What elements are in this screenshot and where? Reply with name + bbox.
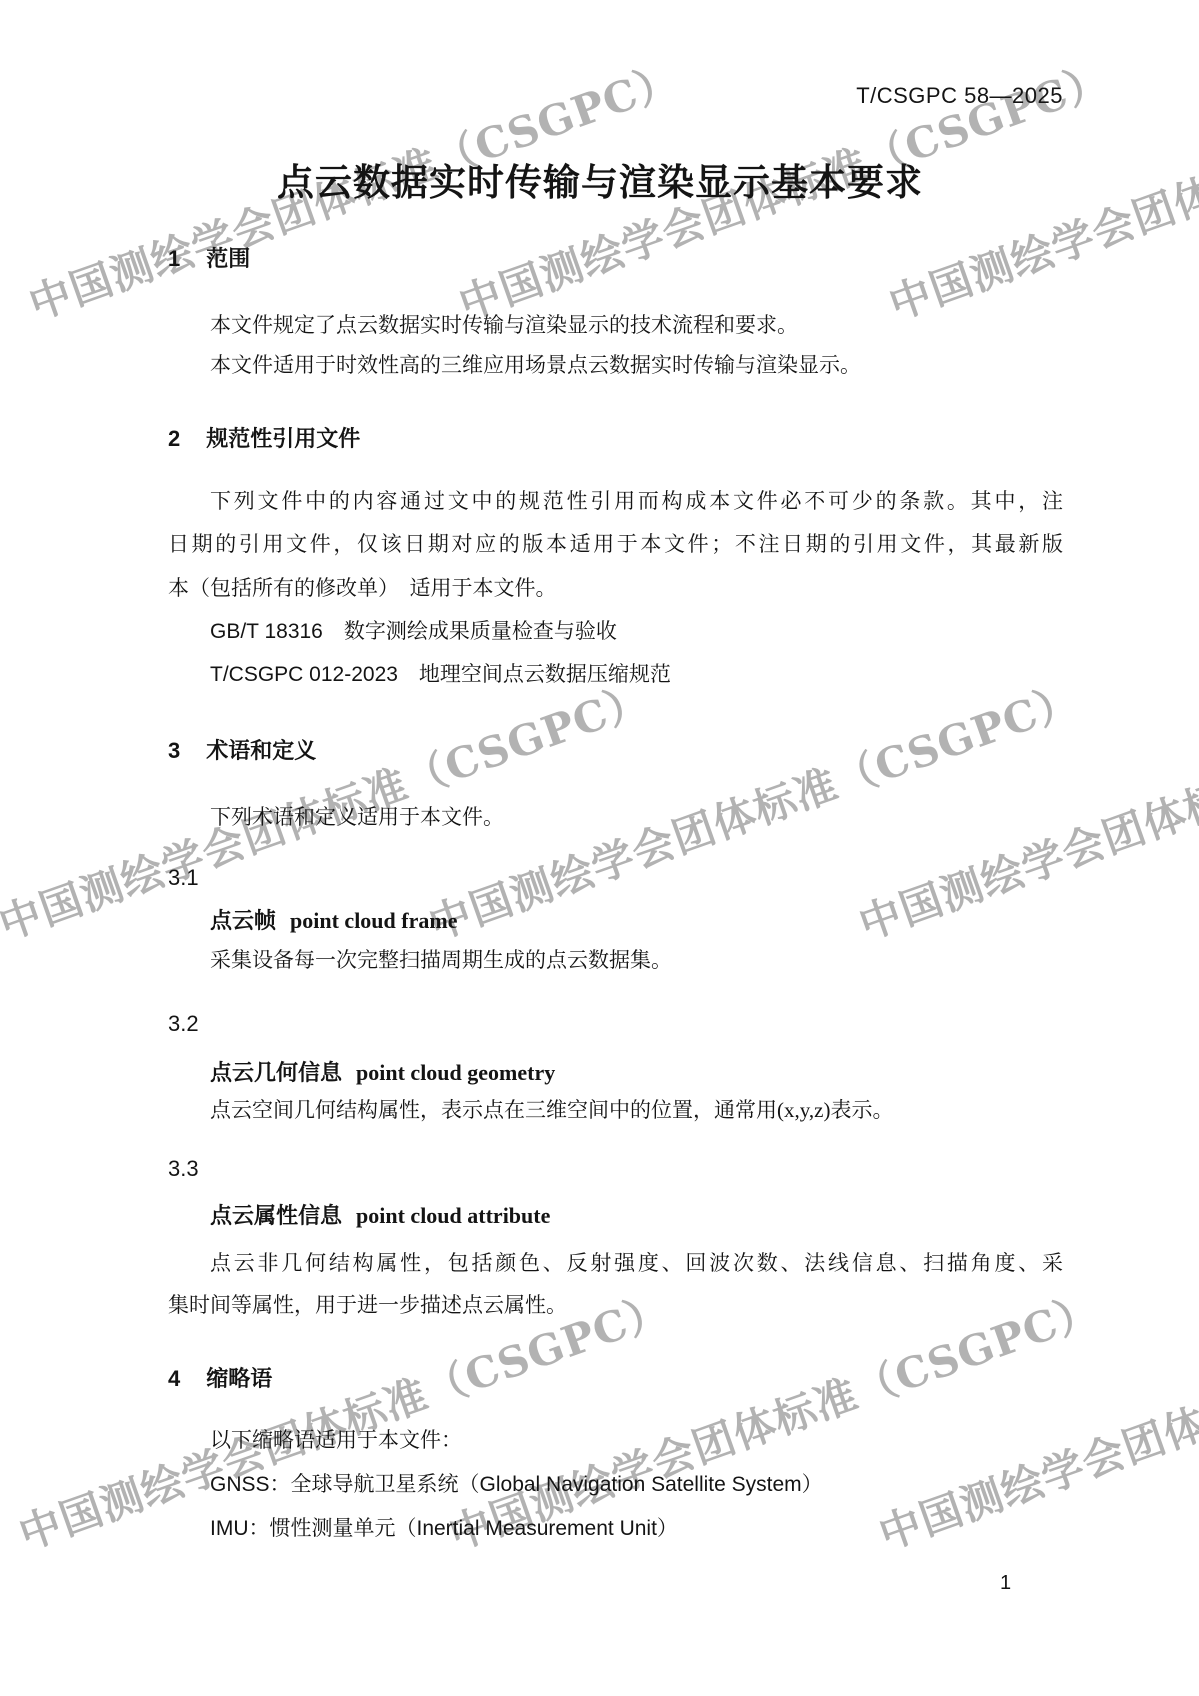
paragraph-line: 本（包括所有的修改单） 适用于本文件。 [168, 574, 1063, 602]
page-content: T/CSGPC 58—2025 点云数据实时传输与渲染显示基本要求 1范围 本文… [0, 0, 1199, 1696]
term-definition-line: 点云非几何结构属性，包括颜色、反射强度、回波次数、法线信息、扫描角度、采 [168, 1249, 1063, 1277]
section-number: 1 [168, 246, 180, 271]
paragraph: 以下缩略语适用于本文件： [168, 1426, 1063, 1454]
term-title-zh: 点云几何信息 [210, 1060, 342, 1085]
paragraph-line: 日期的引用文件，仅该日期对应的版本适用于本文件；不注日期的引用文件，其最新版 [168, 530, 1063, 558]
term-title: 点云几何信息point cloud geometry [168, 1058, 1105, 1088]
term-title-en: point cloud attribute [356, 1203, 550, 1228]
section-number: 3 [168, 738, 180, 763]
term-title-en: point cloud frame [290, 908, 457, 933]
paragraph: 本文件规定了点云数据实时传输与渲染显示的技术流程和要求。 [168, 311, 1063, 339]
term-id: 3.1 [168, 863, 1063, 893]
reference-item: GB/T 18316 数字测绘成果质量检查与验收 [168, 618, 1105, 646]
doc-standard-code: T/CSGPC 58—2025 [856, 83, 1063, 109]
term-definition-line: 集时间等属性，用于进一步描述点云属性。 [168, 1291, 1063, 1319]
document-page: 中国测绘学会团体标准（CSGPC）中国测绘学会团体标准（CSGPC）中国测绘学会… [0, 0, 1199, 1696]
paragraph: 本文件适用于时效性高的三维应用场景点云数据实时传输与渲染显示。 [168, 351, 1063, 379]
page-number: 1 [1000, 1572, 1011, 1595]
section-3-heading: 3术语和定义 [168, 736, 1063, 766]
section-2-heading: 2规范性引用文件 [168, 424, 1063, 454]
paragraph-line: 下列文件中的内容通过文中的规范性引用而构成本文件必不可少的条款。其中，注 [168, 487, 1063, 515]
abbreviation-item: GNSS：全球导航卫星系统（Global Navigation Satellit… [168, 1471, 1105, 1499]
term-definition: 点云空间几何结构属性，表示点在三维空间中的位置，通常用(x,y,z)表示。 [168, 1096, 1063, 1124]
paragraph: 下列术语和定义适用于本文件。 [168, 803, 1063, 831]
term-title-zh: 点云属性信息 [210, 1203, 342, 1228]
term-title-zh: 点云帧 [210, 908, 276, 933]
section-1-heading: 1范围 [168, 244, 1063, 274]
term-id: 3.3 [168, 1154, 1063, 1184]
reference-item: T/CSGPC 012-2023 地理空间点云数据压缩规范 [168, 661, 1105, 689]
section-title: 范围 [206, 246, 250, 271]
section-4-heading: 4缩略语 [168, 1364, 1063, 1394]
section-number: 2 [168, 426, 180, 451]
section-number: 4 [168, 1366, 180, 1391]
term-title: 点云帧point cloud frame [168, 906, 1105, 936]
abbreviation-item: IMU：惯性测量单元（Inertial Measurement Unit） [168, 1515, 1105, 1543]
term-title-en: point cloud geometry [356, 1060, 555, 1085]
term-definition: 采集设备每一次完整扫描周期生成的点云数据集。 [168, 946, 1063, 974]
term-title: 点云属性信息point cloud attribute [168, 1201, 1105, 1231]
term-id: 3.2 [168, 1009, 1063, 1039]
section-title: 术语和定义 [206, 738, 316, 763]
doc-title: 点云数据实时传输与渲染显示基本要求 [130, 152, 1070, 206]
section-title: 规范性引用文件 [206, 426, 360, 451]
section-title: 缩略语 [206, 1366, 272, 1391]
